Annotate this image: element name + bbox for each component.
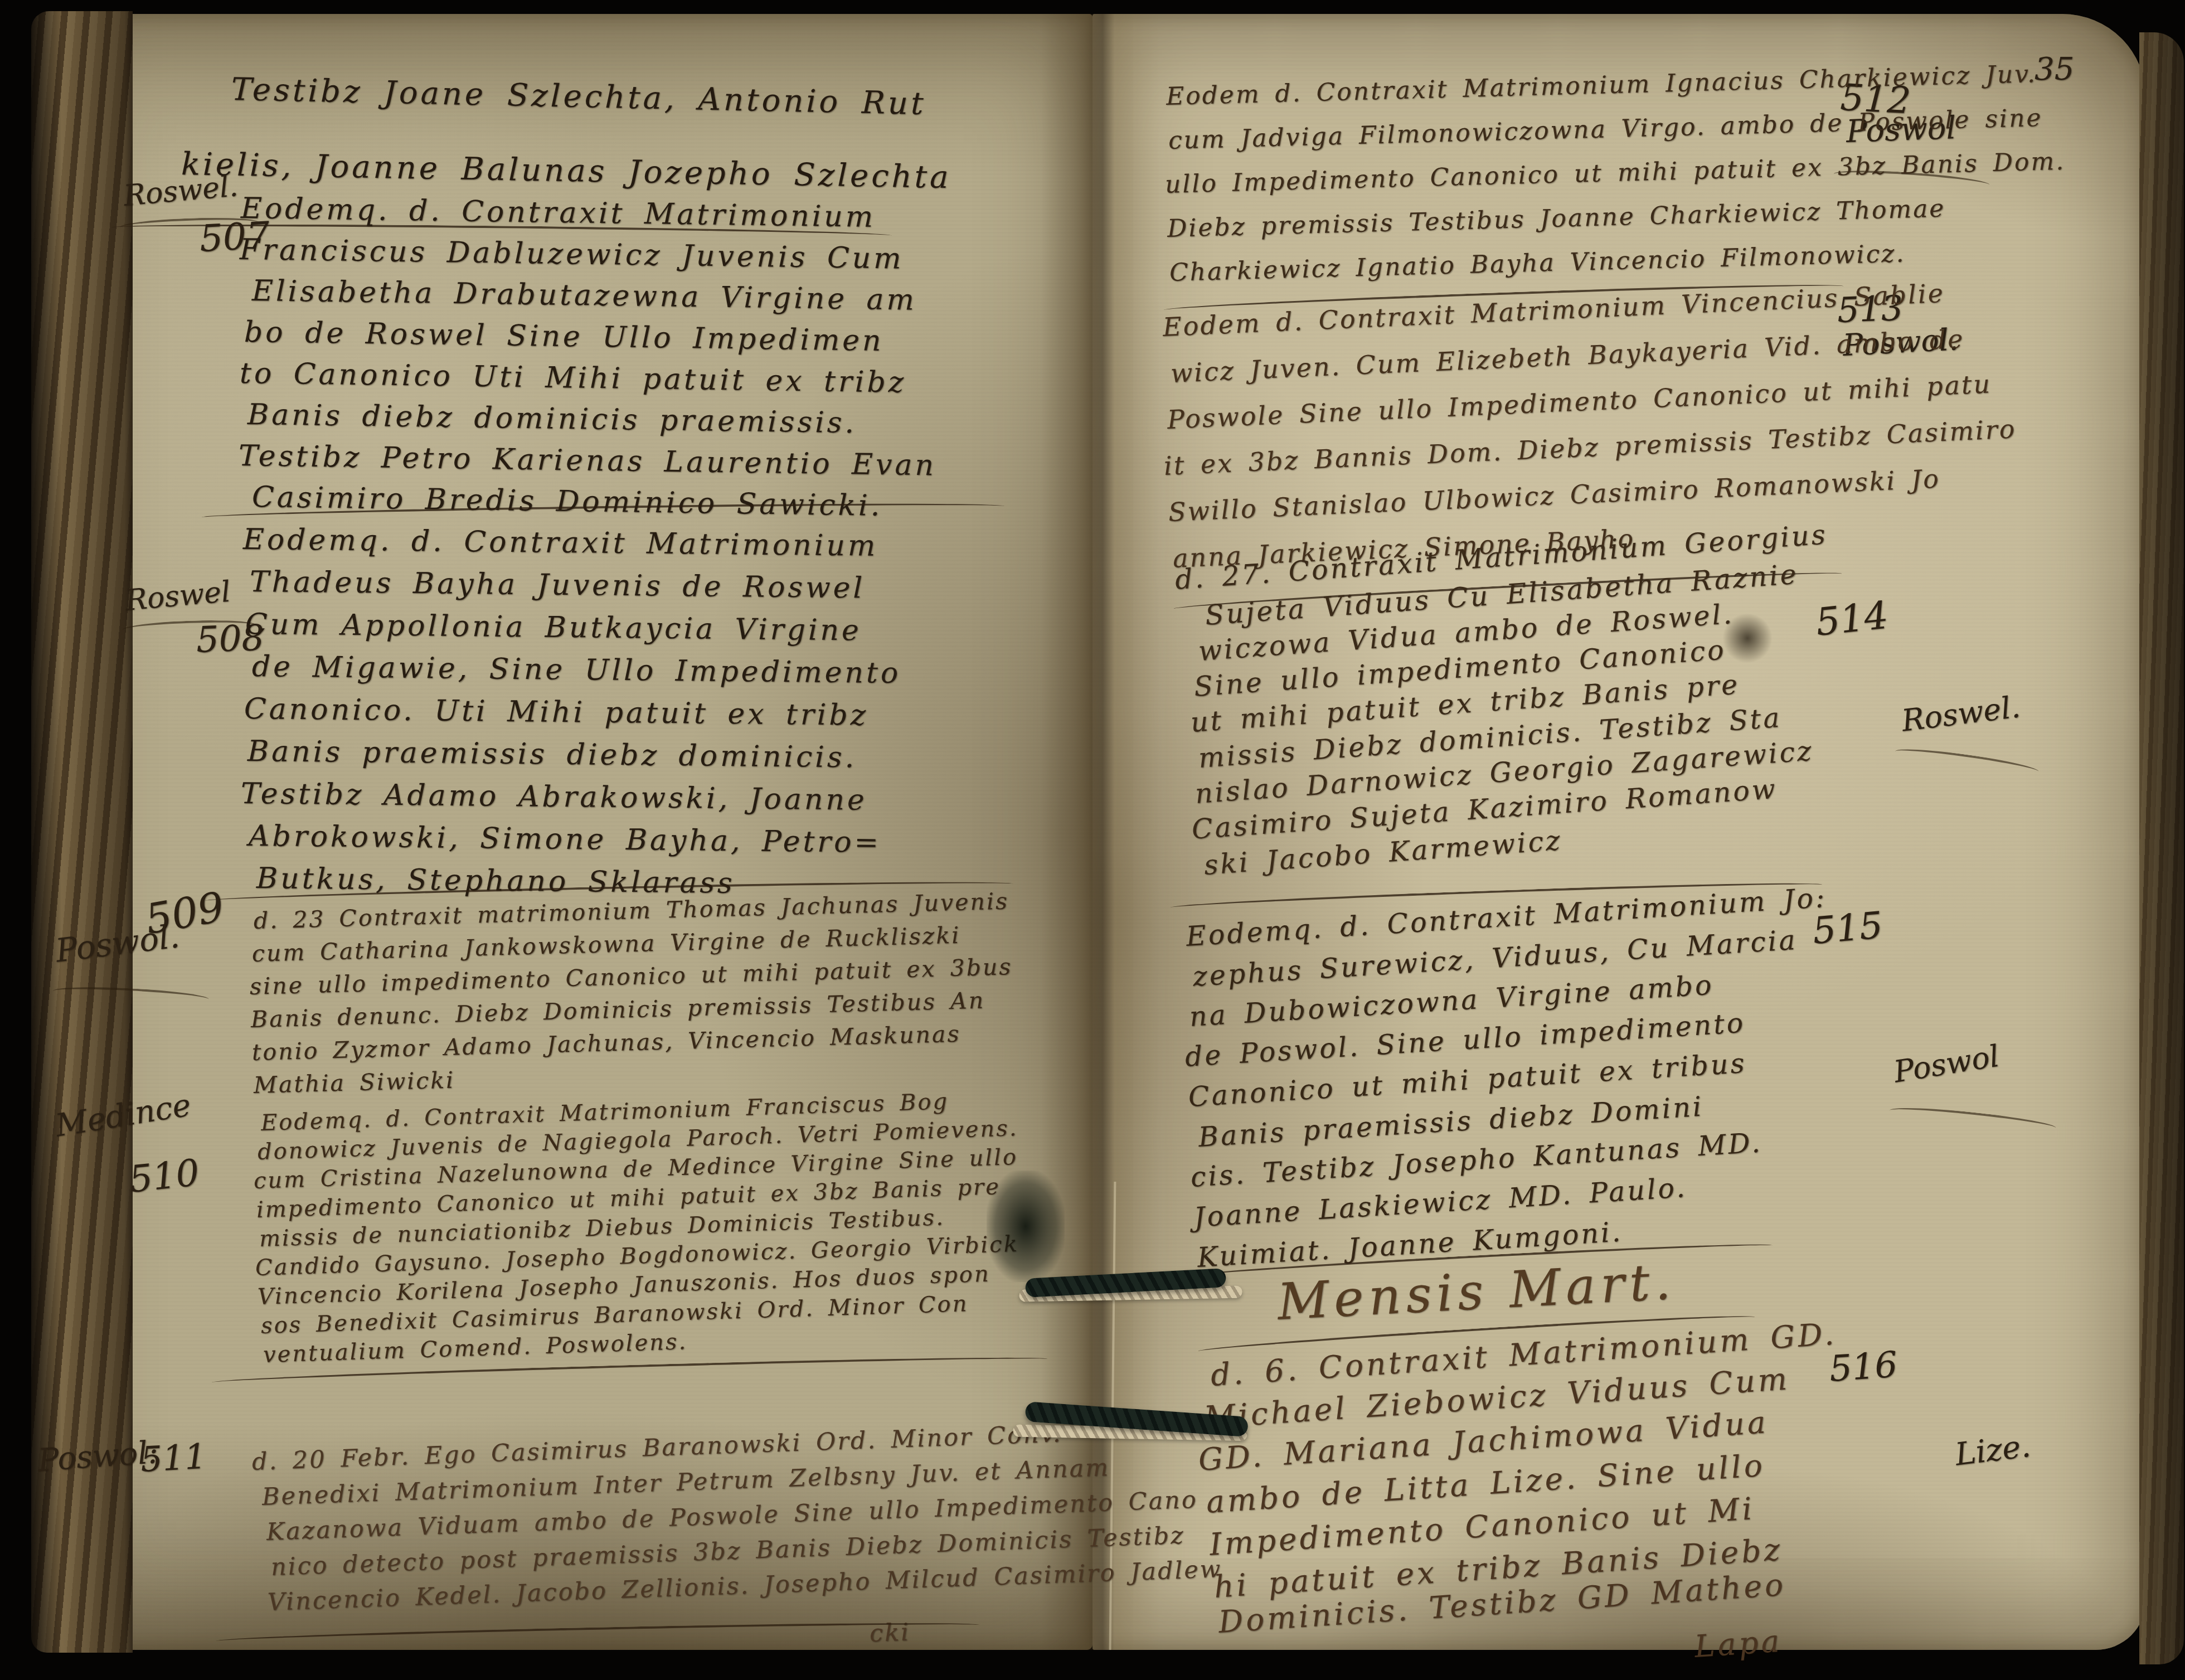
- entry-508-line: Banis praemissis diebz dominicis.: [247, 735, 857, 774]
- entry-516-line: Lapa: [1693, 1623, 1783, 1664]
- entry-508-line: Canonico. Uti Mihi patuit ex tribz: [244, 692, 869, 732]
- manuscript-scan: 35 Testibz Joane Szlechta, Antonio Rut k…: [0, 0, 2185, 1680]
- margin-note-510-number: 510: [127, 1151, 201, 1201]
- entry-508-line: Abrokowski, Simone Bayha, Petro=: [249, 819, 882, 860]
- page-number: 35: [2035, 51, 2074, 88]
- entry-508-line: Thadeus Bayha Juvenis de Roswel: [250, 565, 866, 605]
- entry-508-line: de Migawie, Sine Ullo Impedimento: [252, 650, 901, 690]
- entry-508-line: Eodemq. d. Contraxit Matrimonium: [243, 523, 878, 563]
- entry-508-line: Testibz Adamo Abrakowski, Joanne: [241, 777, 867, 817]
- left-page-edge-stack: [31, 11, 133, 1653]
- margin-note-511-number: 511: [139, 1436, 207, 1480]
- entry-508-line: Cum Appollonia Butkaycia Virgine: [245, 608, 862, 648]
- entry-509-line: Mathia Siwicki: [253, 1067, 455, 1099]
- right-page-edge-stack: [2139, 32, 2184, 1664]
- margin-note-514-number: 514: [1814, 594, 1890, 645]
- margin-note-516-number: 516: [1828, 1344, 1898, 1390]
